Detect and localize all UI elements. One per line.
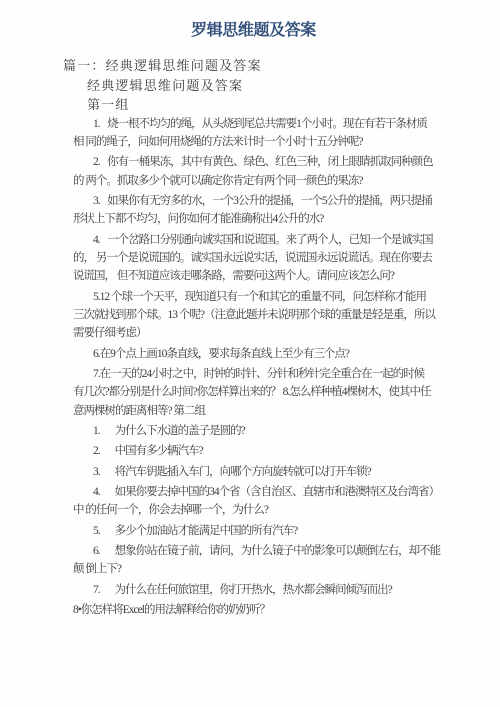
- text-line: 8•你怎样将Excel的用法解释给你的奶奶听？: [63, 601, 492, 619]
- document-title: 罗辑思维题及答案: [0, 0, 500, 40]
- text-line: 经典逻辑思维问题及答案: [63, 76, 492, 96]
- text-line: 3. 如果你有无穷多的水，一个3公升的提捅，一个5公升的提捅，两只提捅: [63, 192, 492, 210]
- text-line: 形状上下都不均匀，问你如何才能准确称出4公升的水?: [63, 210, 492, 228]
- text-line: 6.在9个点上画10条直线，要求每条直线上至少有三个点?: [63, 345, 492, 363]
- text-line: 4. 一个岔路口分别通向诚实国和说谎国。来了两个人，已知一个是诚实国: [63, 231, 492, 249]
- text-line: 5.12 个球一个天平，现知道只有一个和其它的重量不同，问怎样称才能用: [63, 288, 492, 306]
- text-line: 篇一：经典逻辑思维问题及答案: [63, 56, 492, 76]
- text-line: 4. 如果你要去掉中国的34个省（含自治区、直辖市和港澳特区及台湾省）: [63, 483, 492, 501]
- text-line: 相 同的绳子，问如何用烧绳的方法来计时一个小时十五分钟呢?: [63, 133, 492, 151]
- text-line: 6. 想象你站在镜子前，请问，为什么镜子中的影象可以颠倒左右，却不能: [63, 542, 492, 560]
- text-line: 中 的任何一个，你会去掉哪一个，为什么?: [63, 501, 492, 519]
- text-line: 1. 为什么下水道的盖子是圆的?: [63, 422, 492, 440]
- text-line: 2. 你有一桶果冻，其中有黄色、绿色、红色三种，闭上眼睛抓取同种颜色: [63, 153, 492, 171]
- text-line: 第一组: [63, 95, 492, 115]
- text-line: 5. 多少个加油站才能满足中国的所有汽车?: [63, 522, 492, 540]
- text-line: 有几次?都分别是什么时间?你怎样算出来的？ 8.怎么样种植4棵树木，使其中任: [63, 383, 492, 401]
- text-line: 说谎国， 但不知道应该走哪条路，需要问这两个人。请问应该怎么问?: [63, 267, 492, 285]
- text-line: 1. 烧一根不均匀的绳，从头烧到尾总共需要1个小时。现在有若干条材质: [63, 115, 492, 133]
- text-line: 三次就找到那个球。13 个呢?（注意此题并未说明那个球的重量是轻是重，所以: [63, 306, 492, 324]
- document-page: 罗辑思维题及答案 篇一：经典逻辑思维问题及答案经典逻辑思维问题及答案第一组1. …: [0, 0, 500, 707]
- text-line: 2. 中国有多少辆汽车?: [63, 442, 492, 460]
- text-line: 需要仔细考虑）: [63, 324, 492, 342]
- text-line: 3. 将汽车钥匙插入车门，向哪个方向旋转就可以打开车锁?: [63, 463, 492, 481]
- text-line: 的， 另一个是说谎国的。诚实国永远说实话，说谎国永远说谎话。现在你要去: [63, 249, 492, 267]
- text-line: 的 两个。抓取多少个就可以确定你肯定有两个同一颜色的果冻?: [63, 172, 492, 190]
- text-line: 7.在一天的24小时之中，时钟的时针、分针和秒针完全重合在一起的时候: [63, 365, 492, 383]
- document-body: 篇一：经典逻辑思维问题及答案经典逻辑思维问题及答案第一组1. 烧一根不均匀的绳，…: [63, 56, 492, 619]
- text-line: 意两棵树的距离相等? 第二组: [63, 402, 492, 420]
- text-line: 颠 倒上下?: [63, 560, 492, 578]
- text-line: 7. 为什么在任何旅馆里，你打开热水，热水都会瞬间倾泻而出?: [63, 581, 492, 599]
